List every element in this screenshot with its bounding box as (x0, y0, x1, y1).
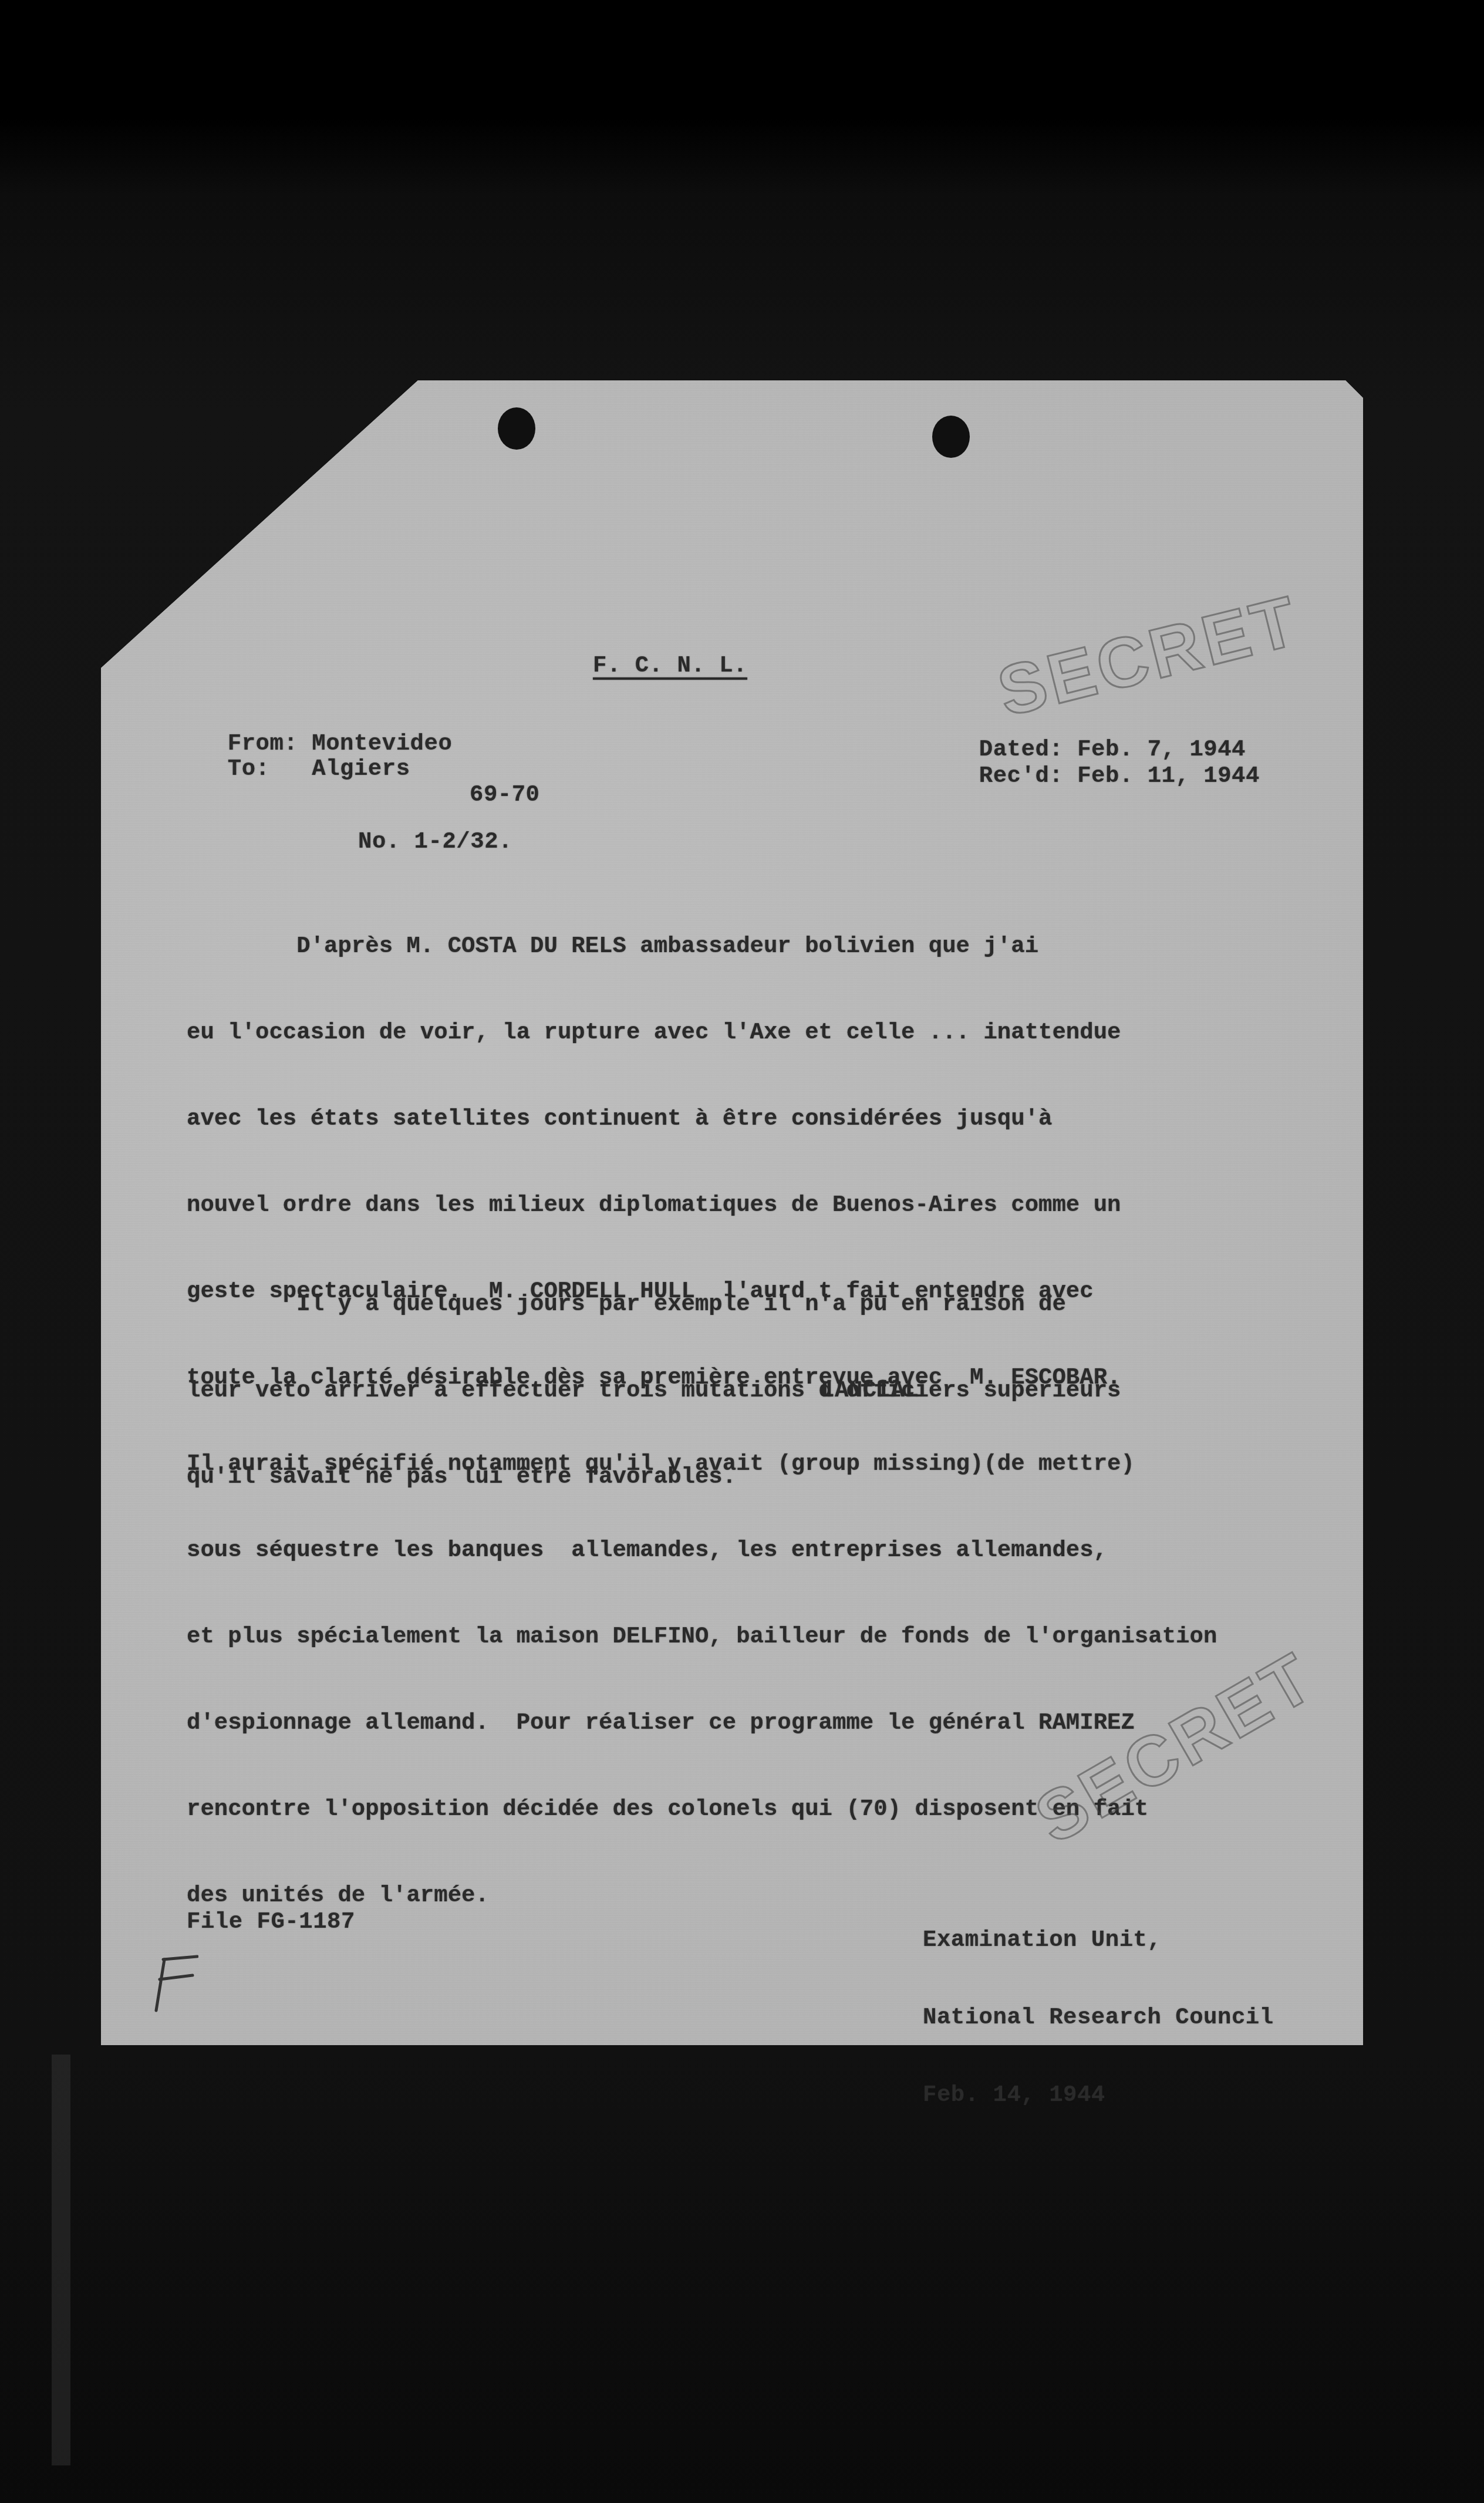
message-number: No. 1-2/32. (358, 828, 512, 856)
paragraph-line: Il y a quelques jours par exemple il n'a… (187, 1290, 1121, 1319)
file-reference: File FG-1187 (187, 1908, 355, 1936)
received-label: Rec'd: (979, 763, 1063, 789)
received-value: Feb. 11, 1944 (1077, 763, 1260, 789)
paragraph-line: sous séquestre les banques allemandes, l… (187, 1536, 1217, 1565)
paragraph-line: nouvel ordre dans les milieux diplomatiq… (187, 1191, 1217, 1220)
footer-line: National Research Council (923, 2005, 1274, 2030)
reference-number: 69-70 (470, 781, 540, 809)
punch-hole-left (498, 407, 535, 450)
document-heading: F. C. N. L. (593, 652, 747, 680)
handwritten-f-mark (151, 1955, 198, 2013)
to-label: To: (228, 756, 270, 782)
paragraph-line: eu l'occasion de voir, la rupture avec l… (187, 1018, 1217, 1047)
paragraph-line: leur veto arriver à effectuer trois muta… (187, 1377, 1121, 1405)
paragraph-line: d'espionnage allemand. Pour réaliser ce … (187, 1709, 1217, 1738)
footer-line: Feb. 14, 1944 (923, 2082, 1274, 2108)
paragraph-line: D'après M. COSTA DU RELS ambassadeur bol… (187, 932, 1217, 961)
to-line: To: Algiers (200, 727, 410, 783)
film-edge-band (52, 2055, 70, 2465)
paragraph-line: qu'il savait ne pas lui être favorables. (187, 1463, 1121, 1492)
examination-unit-block: Examination Unit, National Research Coun… (923, 1875, 1274, 2134)
signature: LANCIAL (821, 1377, 919, 1405)
punch-hole-right (932, 416, 970, 458)
paragraph-line: avec les états satellites continuent à ê… (187, 1105, 1217, 1134)
received-line: Rec'd: Feb. 11, 1944 (951, 734, 1260, 790)
paragraph-line: et plus spécialement la maison DELFINO, … (187, 1622, 1217, 1651)
footer-line: Examination Unit, (923, 1927, 1274, 1953)
to-value: Algiers (312, 756, 410, 782)
paragraph-2: Il y a quelques jours par exemple il n'a… (187, 1233, 1121, 1520)
